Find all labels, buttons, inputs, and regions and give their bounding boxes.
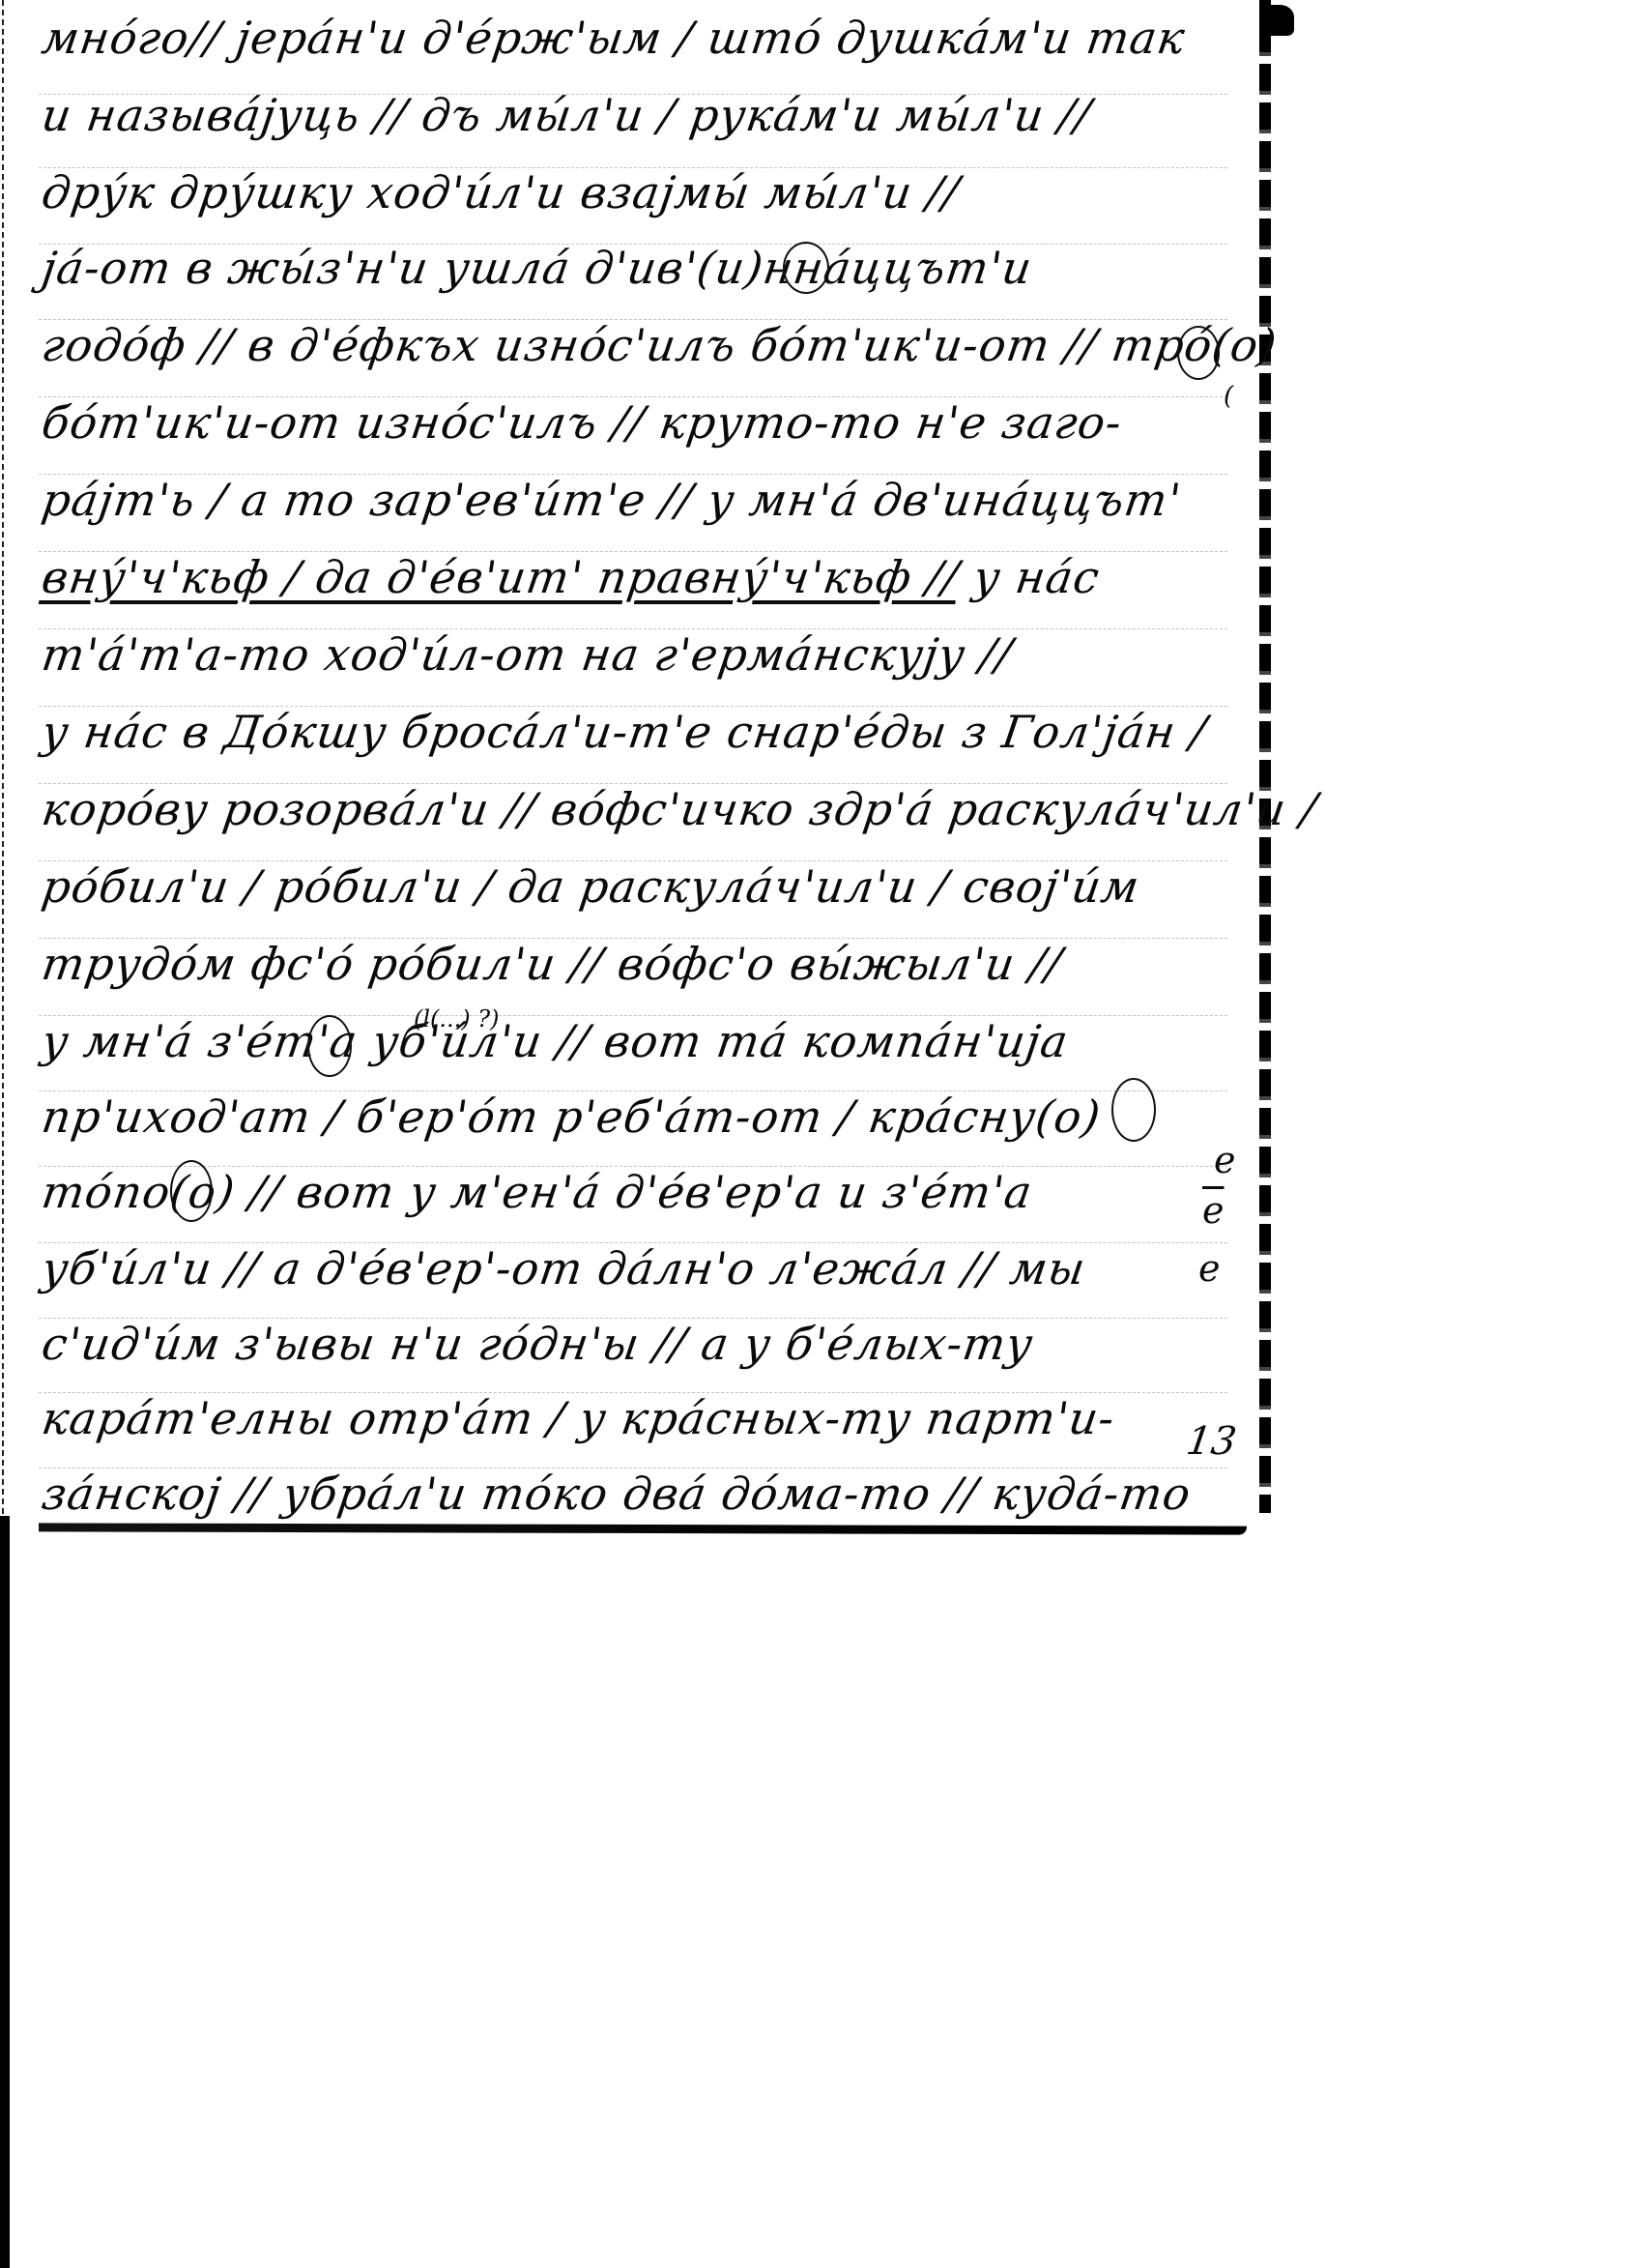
margin-mark: е [1214,1139,1236,1181]
text-line: мно́го// јера́н'и д'е́рж'ым / што́ душка… [39,12,1189,64]
underlined-phrase: вну́'ч'кьф / да д'е́в'ит' правну́'ч'кьф … [39,551,963,603]
text-line: ро́бил'и / ро́бил'и / да раскула́ч'ил'и … [39,860,1143,913]
text-line: годо́ф // в д'е́фкъх изно́с'илъ бо́т'ик'… [39,319,1281,371]
margin-mark: е [1202,1189,1225,1232]
margin-mark: е [1198,1247,1221,1290]
text-line: кара́т'елны отр'а́т / у кра́сных-ту парт… [39,1392,1118,1444]
correction-circle [307,1015,352,1077]
text-line: јá-от в жы́з'н'и ушла́ д'ив'(и)нна́ццът'… [39,242,1036,294]
text-line: т'á'т'а-то ход'и́л-от на г'ерма́нскују /… [39,628,1016,681]
text-line: с'ид'и́м з'ывы н'и го́дн'ы // а у б'е́лы… [39,1318,1037,1370]
text-line-tail: у на́с [955,551,1103,603]
text-line: у мн'а́ з'е́т'а уб'и́л'и // вот та́ комп… [39,1015,1072,1067]
text-line: за́нскоj // убра́л'и то́ко два́ до́ма-то… [39,1468,1195,1520]
margin-mark: ( [1224,382,1233,411]
correction-circle [170,1160,213,1222]
correction-circle [1111,1078,1156,1142]
text-line: уб'и́л'и // а д'е́в'ер'-от да́лн'о л'ежа… [39,1242,1089,1294]
text-line-underlined: вну́'ч'кьф / да д'е́в'ит' правну́'ч'кьф … [39,551,1103,603]
text-line: пр'иход'ат / б'ер'о́т р'еб'а́т-от / кра́… [39,1090,1104,1143]
text-line: дру́к дру́шку ход'и́л'и взаjмы́ мы́л'и /… [39,166,963,218]
text-line: и называ́јуць // дъ мы́л'и / рука́м'и мы… [39,89,1095,141]
text-line: ра́јт'ь / а то зар'ев'и́т'е // у мн'а́ д… [39,474,1185,526]
page-left-edge [2,0,4,1518]
correction-circle [1177,326,1220,380]
page-corner-mark [1259,5,1294,36]
text-line: трудо́м фс'о́ ро́бил'и // во́фс'о вы́жыл… [39,938,1066,990]
interlinear-annotation: (l(...) ?) [414,1005,500,1032]
page-right-edge-binding [1259,0,1271,1513]
page-bottom-edge [39,1523,1247,1534]
scan-border-bar [0,1516,10,2268]
text-line: бо́т'ик'и-от изно́с'илъ // круто-то н'е … [39,396,1126,449]
text-line: у на́с в До́кшу броса́л'и-т'е снар'е́ды … [39,706,1210,758]
page-number: 13 [1184,1419,1239,1464]
scanned-page: мно́го// јера́н'и д'е́рж'ым / што́ душка… [0,0,1256,1532]
correction-circle [783,242,829,294]
text-line: коро́ву розорва́л'и // во́фс'ичко здр'а́… [39,783,1321,835]
